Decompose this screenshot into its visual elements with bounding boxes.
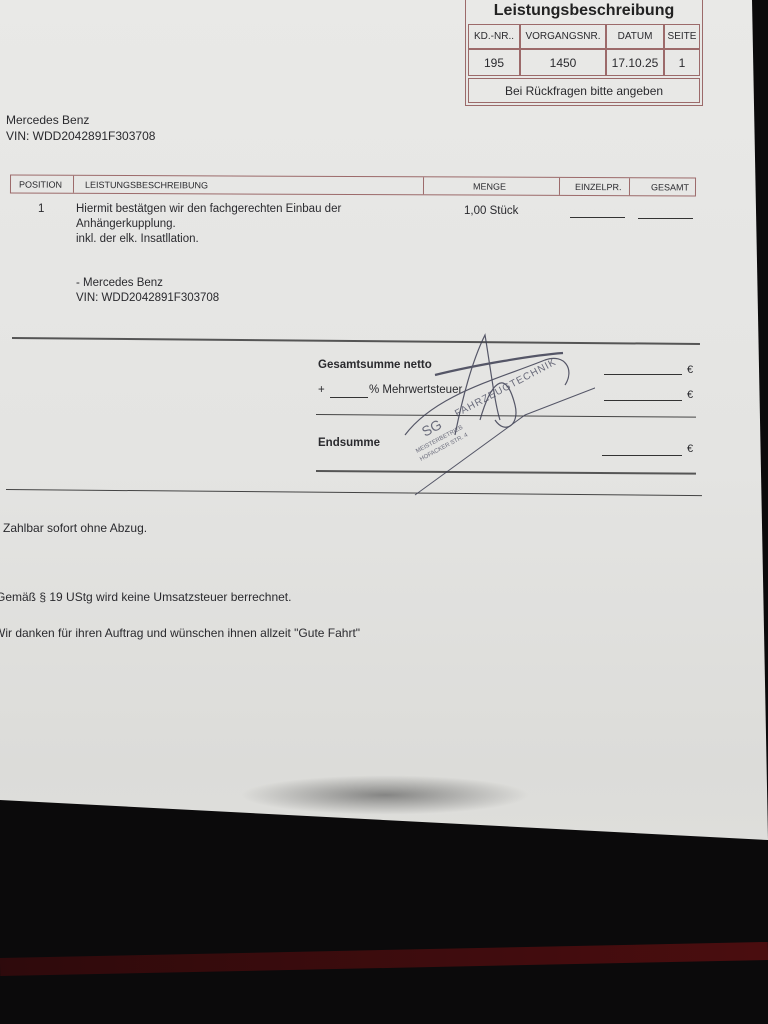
col-description: LEISTUNGSBESCHREIBUNG (85, 180, 208, 191)
customer-number: 195 (468, 49, 520, 76)
page-number: 1 (664, 49, 700, 76)
item-description-line: inkl. der elk. Insatllation. (76, 232, 341, 247)
final-total-currency: € (687, 443, 693, 455)
payment-terms: Zahlbar sofort ohne Abzug. (3, 521, 147, 535)
vat-prefix: + (318, 384, 325, 396)
recipient-vehicle: Mercedes Benz (6, 112, 155, 128)
header-col-seite: SEITE (664, 24, 700, 49)
thank-you-note: Wir danken für ihren Auftrag und wünsche… (0, 626, 360, 640)
vat-amount-blank (604, 400, 682, 401)
company-stamp-signature: SG FAHRZEUGTECHNIK MEISTERBETRIEB HOFACK… (395, 325, 595, 500)
invoice-paper (0, 0, 768, 1024)
signature-stroke (455, 335, 500, 435)
column-divider (629, 178, 630, 195)
item-description: Hiermit bestätgen wir den fachgerechten … (76, 202, 341, 247)
stamp-company-name: FAHRZEUGTECHNIK (453, 357, 558, 420)
document-header-box: Leistungsbeschreibung KD.-NR.. VORGANGSN… (465, 0, 703, 106)
header-table-columns: KD.-NR.. VORGANGSNR. DATUM SEITE (468, 24, 700, 49)
final-total-label: Endsumme (318, 437, 380, 449)
header-col-datum: DATUM (606, 24, 664, 49)
col-unit-price: EINZELPR. (575, 182, 622, 192)
header-table-values: 195 1450 17.10.25 1 (468, 49, 700, 76)
col-total: GESAMT (651, 182, 689, 192)
item-vehicle: - Mercedes Benz (76, 276, 219, 291)
column-divider (559, 178, 560, 195)
header-col-kdnr: KD.-NR.. (468, 24, 520, 49)
tax-note: Gemäß § 19 UStg wird keine Umsatzsteuer … (0, 590, 291, 604)
item-quantity: 1,00 Stück (464, 204, 518, 219)
final-total-blank (602, 455, 682, 456)
item-position: 1 (38, 202, 44, 217)
item-unit-price-blank (570, 217, 625, 218)
recipient-block: Mercedes Benz VIN: WDD2042891F303708 (6, 112, 155, 144)
net-total-currency: € (687, 364, 693, 376)
transaction-number: 1450 (520, 49, 606, 76)
background-red-stripe (0, 942, 768, 976)
vat-currency: € (687, 389, 693, 401)
item-description-line: Anhängerkupplung. (76, 217, 341, 232)
vat-percent-blank (330, 397, 368, 398)
item-total-blank (638, 218, 693, 219)
column-divider (423, 177, 424, 194)
signature-stroke (415, 355, 595, 495)
item-vin: VIN: WDD2042891F303708 (76, 291, 219, 306)
document-title: Leistungsbeschreibung (466, 2, 702, 20)
recipient-vin: VIN: WDD2042891F303708 (6, 128, 155, 144)
document-date: 17.10.25 (606, 49, 664, 76)
item-description-line: Hiermit bestätgen wir den fachgerechten … (76, 202, 341, 217)
col-quantity: MENGE (473, 182, 506, 192)
shadow (240, 775, 530, 815)
column-divider (73, 176, 74, 193)
header-note: Bei Rückfragen bitte angeben (468, 78, 700, 103)
col-position: POSITION (19, 180, 62, 190)
net-total-blank (604, 374, 682, 375)
items-table-header: POSITION LEISTUNGSBESCHREIBUNG MENGE EIN… (10, 175, 696, 197)
item-vehicle-block: - Mercedes Benz VIN: WDD2042891F303708 (76, 276, 219, 306)
header-col-vorgangsnr: VORGANGSNR. (520, 24, 606, 49)
